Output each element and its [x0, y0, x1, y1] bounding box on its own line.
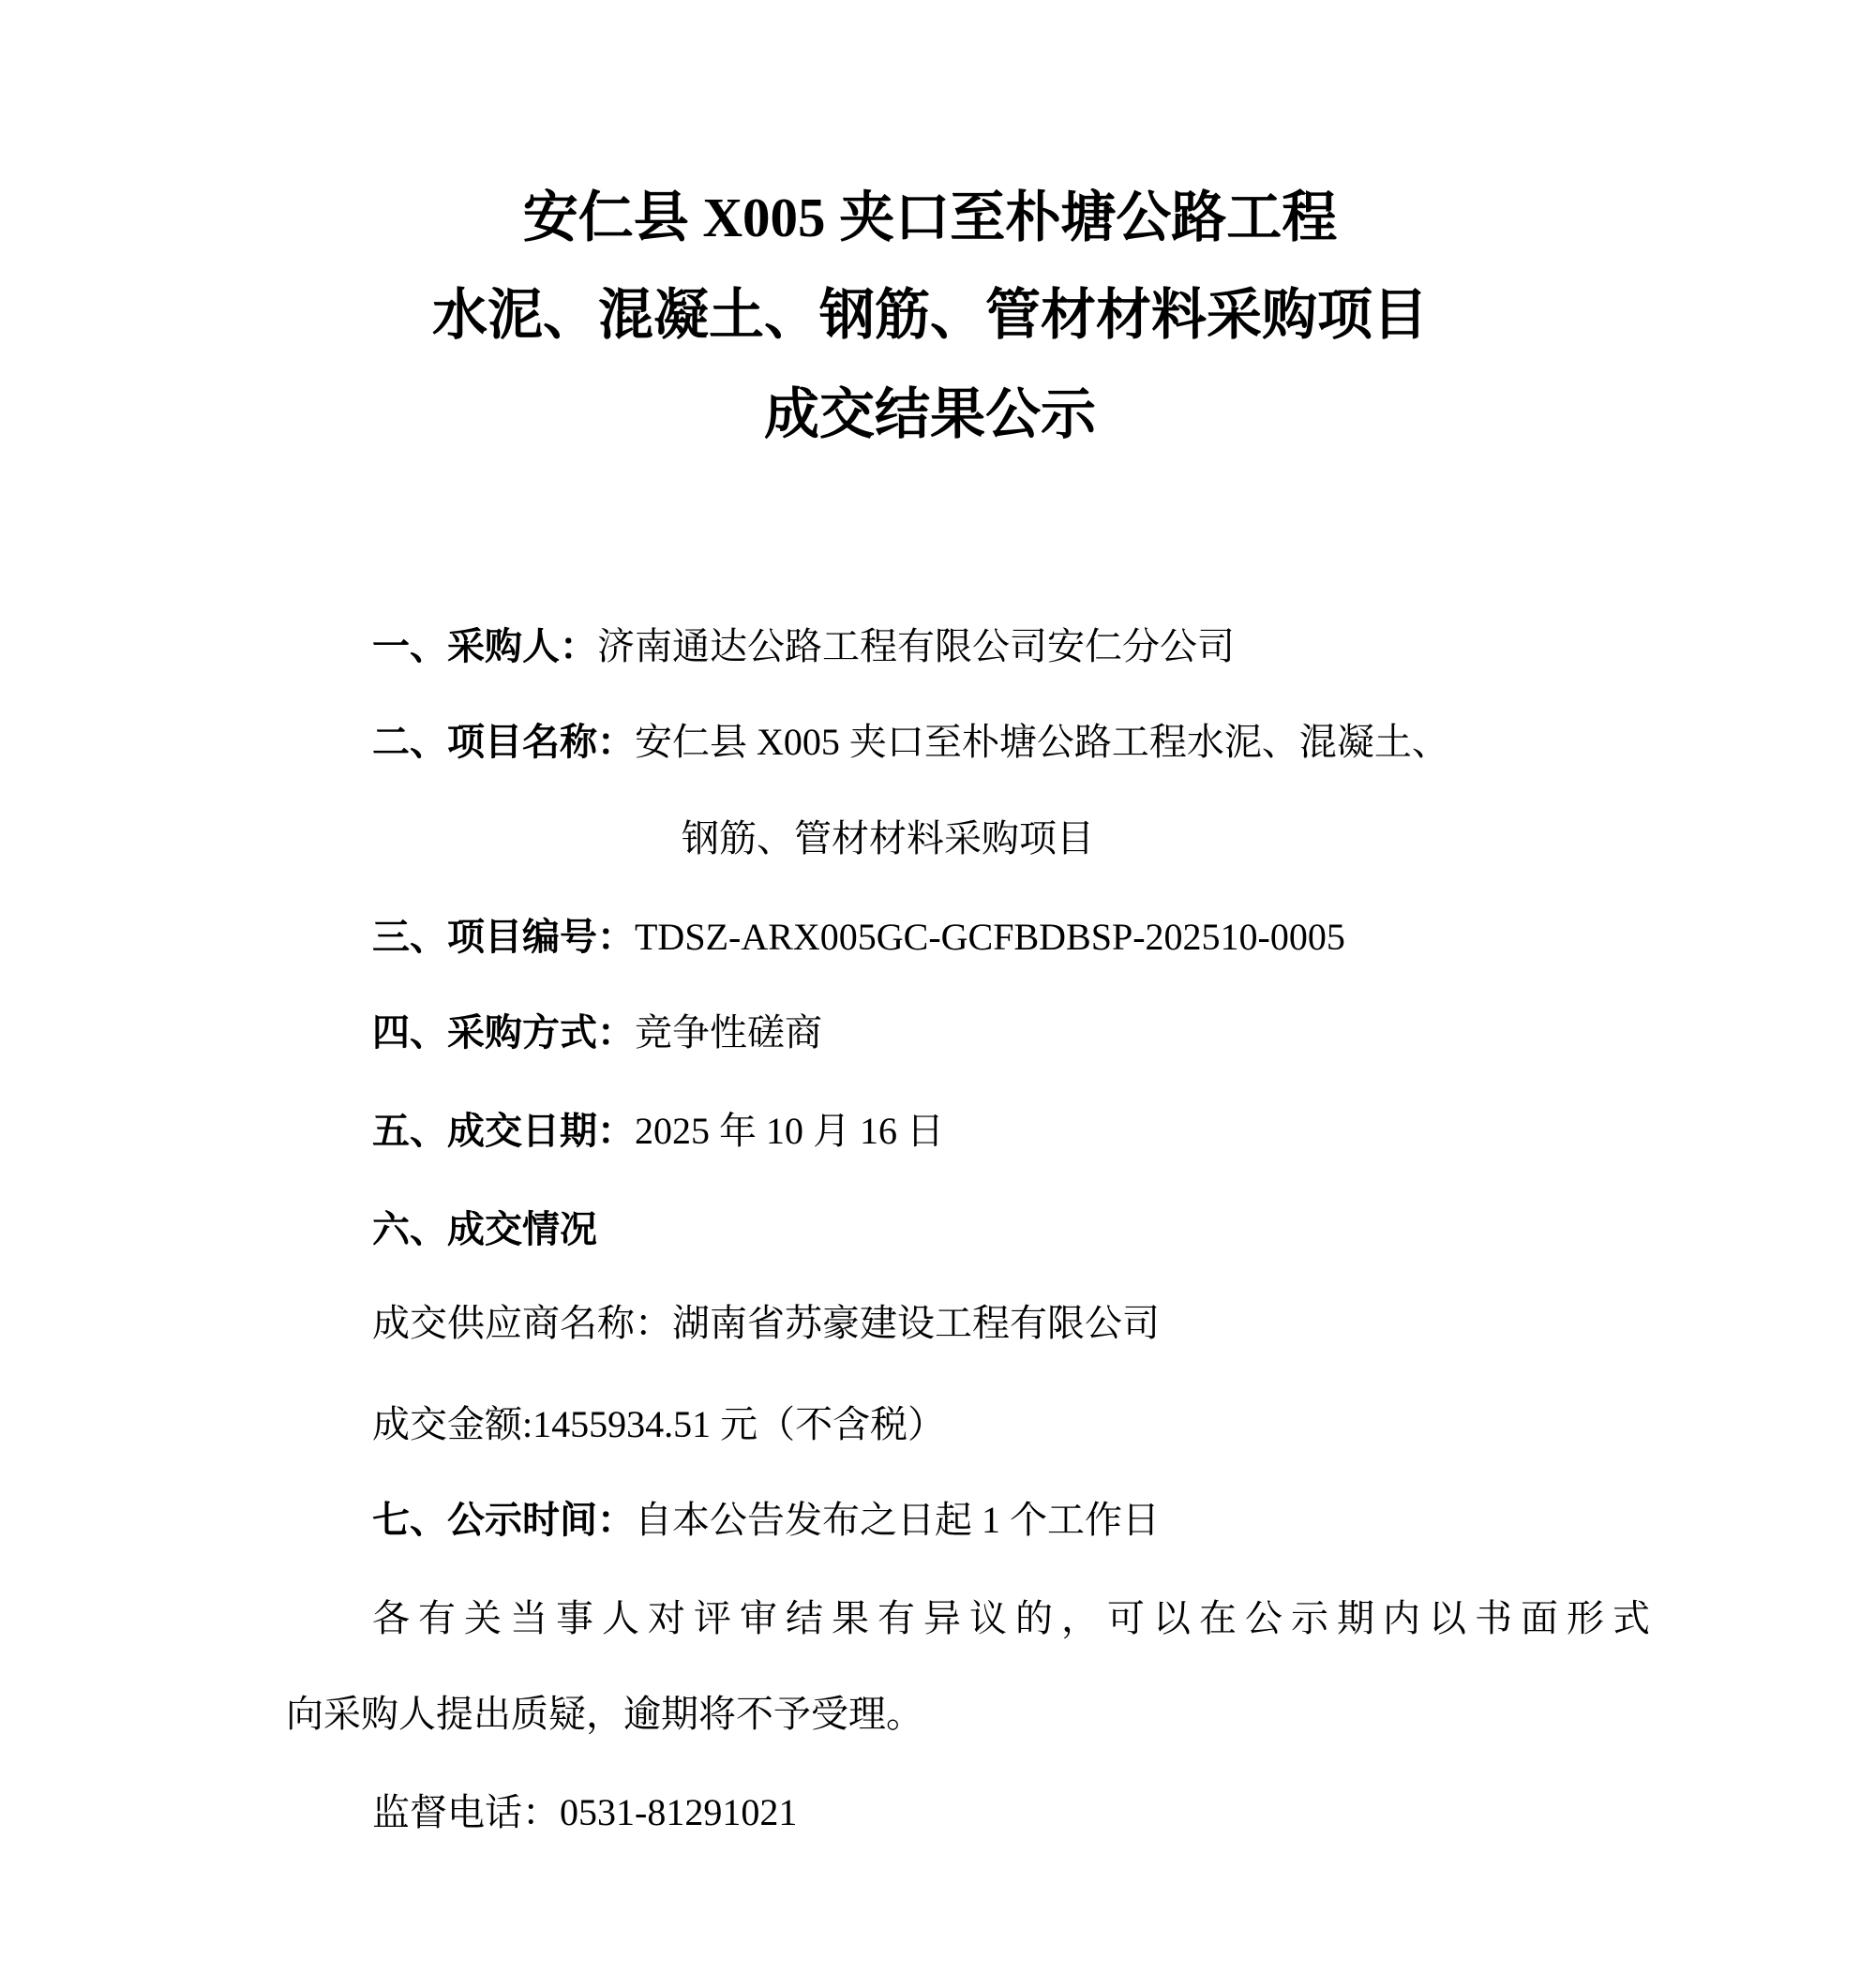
project-number-value: TDSZ-ARX005GC-GCFBDBSP-202510-0005	[635, 916, 1345, 958]
publicity-period-value: 自本公告发布之日起 1 个工作日	[635, 1499, 1160, 1541]
document-page: 安仁县 X005 夹口至朴塘公路工程 水泥、混凝土、钢筋、管材材料采购项目 成交…	[0, 0, 1860, 1988]
purchaser-value: 济南通达公路工程有限公司安仁分公司	[597, 625, 1235, 667]
objection-paragraph-line-1-text: 各有关当事人对评审结果有异议的，可以在公示期内以书面形式	[372, 1597, 1658, 1639]
purchaser-line: 一、采购人：济南通达公路工程有限公司安仁分公司	[372, 626, 1235, 667]
amount-line: 成交金额:1455934.51 元（不含税）	[372, 1404, 945, 1445]
project-name-value-continuation: 钢筋、管材材料采购项目	[682, 817, 1094, 859]
award-section-heading: 六、成交情况	[372, 1209, 597, 1250]
procurement-method-label: 四、采购方式：	[372, 1011, 635, 1054]
project-name-label: 二、项目名称：	[372, 721, 635, 763]
supplier-line: 成交供应商名称：湖南省苏豪建设工程有限公司	[372, 1303, 1160, 1344]
award-date-label: 五、成交日期：	[372, 1110, 635, 1152]
supervision-phone-text: 监督电话：0531-81291021	[372, 1791, 797, 1833]
publicity-period-label: 七、公示时间：	[372, 1499, 635, 1541]
supplier-text: 成交供应商名称：湖南省苏豪建设工程有限公司	[372, 1302, 1160, 1344]
project-name-line: 二、项目名称：安仁县 X005 夹口至朴塘公路工程水泥、混凝土、	[372, 722, 1449, 763]
project-number-label: 三、项目编号：	[372, 916, 635, 958]
supervision-phone-line: 监督电话：0531-81291021	[372, 1792, 797, 1833]
publicity-period-line: 七、公示时间：自本公告发布之日起 1 个工作日	[372, 1500, 1160, 1541]
award-date-line: 五、成交日期：2025 年 10 月 16 日	[372, 1111, 944, 1152]
document-title-line-1: 安仁县 X005 夹口至朴塘公路工程	[0, 187, 1860, 248]
project-name-value: 安仁县 X005 夹口至朴塘公路工程水泥、混凝土、	[635, 721, 1449, 763]
objection-paragraph-line-2: 向采购人提出质疑，逾期将不予受理。	[286, 1694, 923, 1735]
document-title-line-2: 水泥、混凝土、钢筋、管材材料采购项目	[0, 285, 1860, 346]
award-section-heading-label: 六、成交情况	[372, 1208, 597, 1250]
project-name-continuation-line: 钢筋、管材材料采购项目	[682, 818, 1094, 859]
procurement-method-line: 四、采购方式：竞争性磋商	[372, 1012, 822, 1054]
objection-paragraph-line-2-text: 向采购人提出质疑，逾期将不予受理。	[286, 1693, 923, 1735]
project-number-line: 三、项目编号：TDSZ-ARX005GC-GCFBDBSP-202510-000…	[372, 917, 1345, 958]
award-date-value: 2025 年 10 月 16 日	[635, 1110, 944, 1152]
amount-text: 成交金额:1455934.51 元（不含税）	[372, 1403, 945, 1445]
objection-paragraph-line-1: 各有关当事人对评审结果有异议的，可以在公示期内以书面形式	[372, 1598, 1658, 1639]
purchaser-label: 一、采购人：	[372, 625, 597, 667]
procurement-method-value: 竞争性磋商	[635, 1011, 822, 1054]
document-title-line-3: 成交结果公示	[0, 384, 1860, 445]
